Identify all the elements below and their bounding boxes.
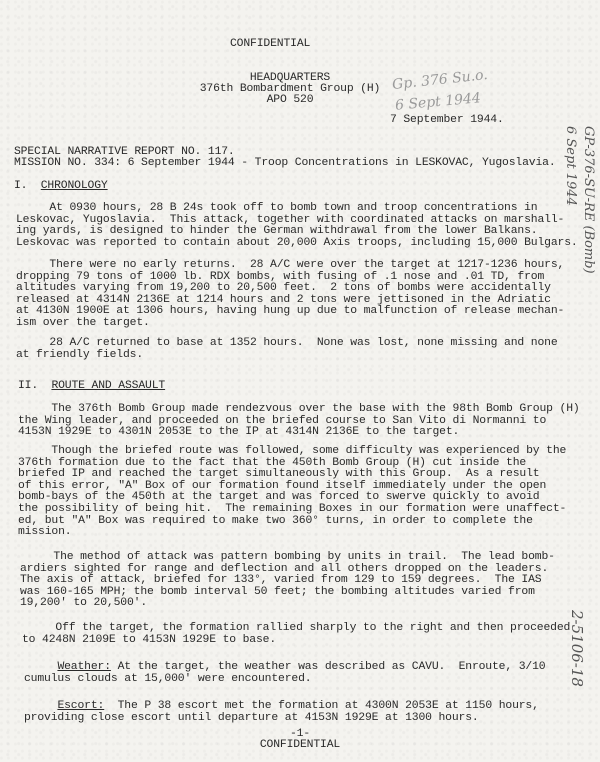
- route-paragraph-4: Off the target, the formation rallied sh…: [22, 623, 570, 646]
- text-line: Off the target, the formation rallied sh…: [22, 623, 570, 635]
- text-line: cumulus clouds at 15,000' were encounter…: [24, 674, 545, 686]
- margin-note-date: 6 Sept 1944: [563, 126, 578, 206]
- report-date: 7 September 1944.: [390, 115, 504, 127]
- weather-label: Weather:: [57, 661, 110, 673]
- section-1-heading: I. CHRONOLOGY: [14, 181, 108, 193]
- text-line: providing close escort until departure a…: [24, 713, 539, 725]
- classification-top: CONFIDENTIAL: [230, 39, 310, 51]
- mission-title: MISSION NO. 334: 6 September 1944 - Troo…: [14, 158, 556, 170]
- chronology-paragraph-2: There were no early returns. 28 A/C were…: [16, 260, 564, 330]
- text-line: Though the briefed route was followed, s…: [18, 446, 566, 458]
- text-line: ism over the target.: [16, 318, 564, 330]
- section-2-title: ROUTE AND ASSAULT: [51, 380, 165, 392]
- text-line: The method of attack was pattern bombing…: [20, 552, 555, 564]
- chronology-paragraph-1: At 0930 hours, 28 B 24s took off to bomb…: [16, 203, 578, 249]
- text-line: 4153N 1929E to 4301N 2053E to the IP at …: [18, 427, 580, 439]
- text-line: ed, but "A" Box was required to make two…: [18, 516, 566, 528]
- weather-text: At the target, the weather was described…: [111, 661, 546, 673]
- text-line: to 4248N 2109E to 4153N 1929E to base.: [22, 635, 570, 647]
- text-line: 28 A/C returned to base at 1352 hours. N…: [16, 338, 558, 350]
- section-1-title: CHRONOLOGY: [41, 180, 108, 192]
- route-paragraph-3: The method of attack was pattern bombing…: [20, 552, 555, 610]
- section-2-heading: II. ROUTE AND ASSAULT: [18, 381, 165, 393]
- route-paragraph-2: Though the briefed route was followed, s…: [18, 446, 566, 539]
- text-line: mission.: [18, 527, 566, 539]
- text-line: at friendly fields.: [16, 350, 558, 362]
- weather-paragraph: Weather: At the target, the weather was …: [24, 662, 545, 685]
- text-line: the possibility of being hit. The remain…: [18, 504, 566, 516]
- route-paragraph-1: The 376th Bomb Group made rendezvous ove…: [18, 404, 580, 439]
- document-page: CONFIDENTIAL HEADQUARTERS 376th Bombardm…: [0, 0, 600, 762]
- chronology-paragraph-3: 28 A/C returned to base at 1352 hours. N…: [16, 338, 558, 361]
- section-2-number: II.: [18, 380, 38, 392]
- text-line: The 376th Bomb Group made rendezvous ove…: [18, 404, 580, 416]
- margin-note-group-ref: GP-376-SU-RE (Bomb): [581, 126, 596, 326]
- handwritten-group-ref: Gp. 376 Su.o.: [391, 67, 488, 93]
- text-line: There were no early returns. 28 A/C were…: [16, 260, 564, 272]
- escort-label: Escort:: [57, 700, 104, 712]
- text-line: 19,200' to 20,500'.: [20, 598, 555, 610]
- margin-note-catalog-number: 2-5106-18: [568, 610, 586, 687]
- classification-bottom: CONFIDENTIAL: [200, 740, 400, 752]
- escort-text: The P 38 escort met the formation at 430…: [104, 700, 539, 712]
- escort-paragraph: Escort: The P 38 escort met the formatio…: [24, 701, 539, 724]
- text-line: Leskovac was reported to contain about 2…: [16, 238, 578, 250]
- text-line: At 0930 hours, 28 B 24s took off to bomb…: [16, 203, 578, 215]
- org-apo: APO 520: [150, 95, 430, 107]
- section-1-number: I.: [14, 180, 27, 192]
